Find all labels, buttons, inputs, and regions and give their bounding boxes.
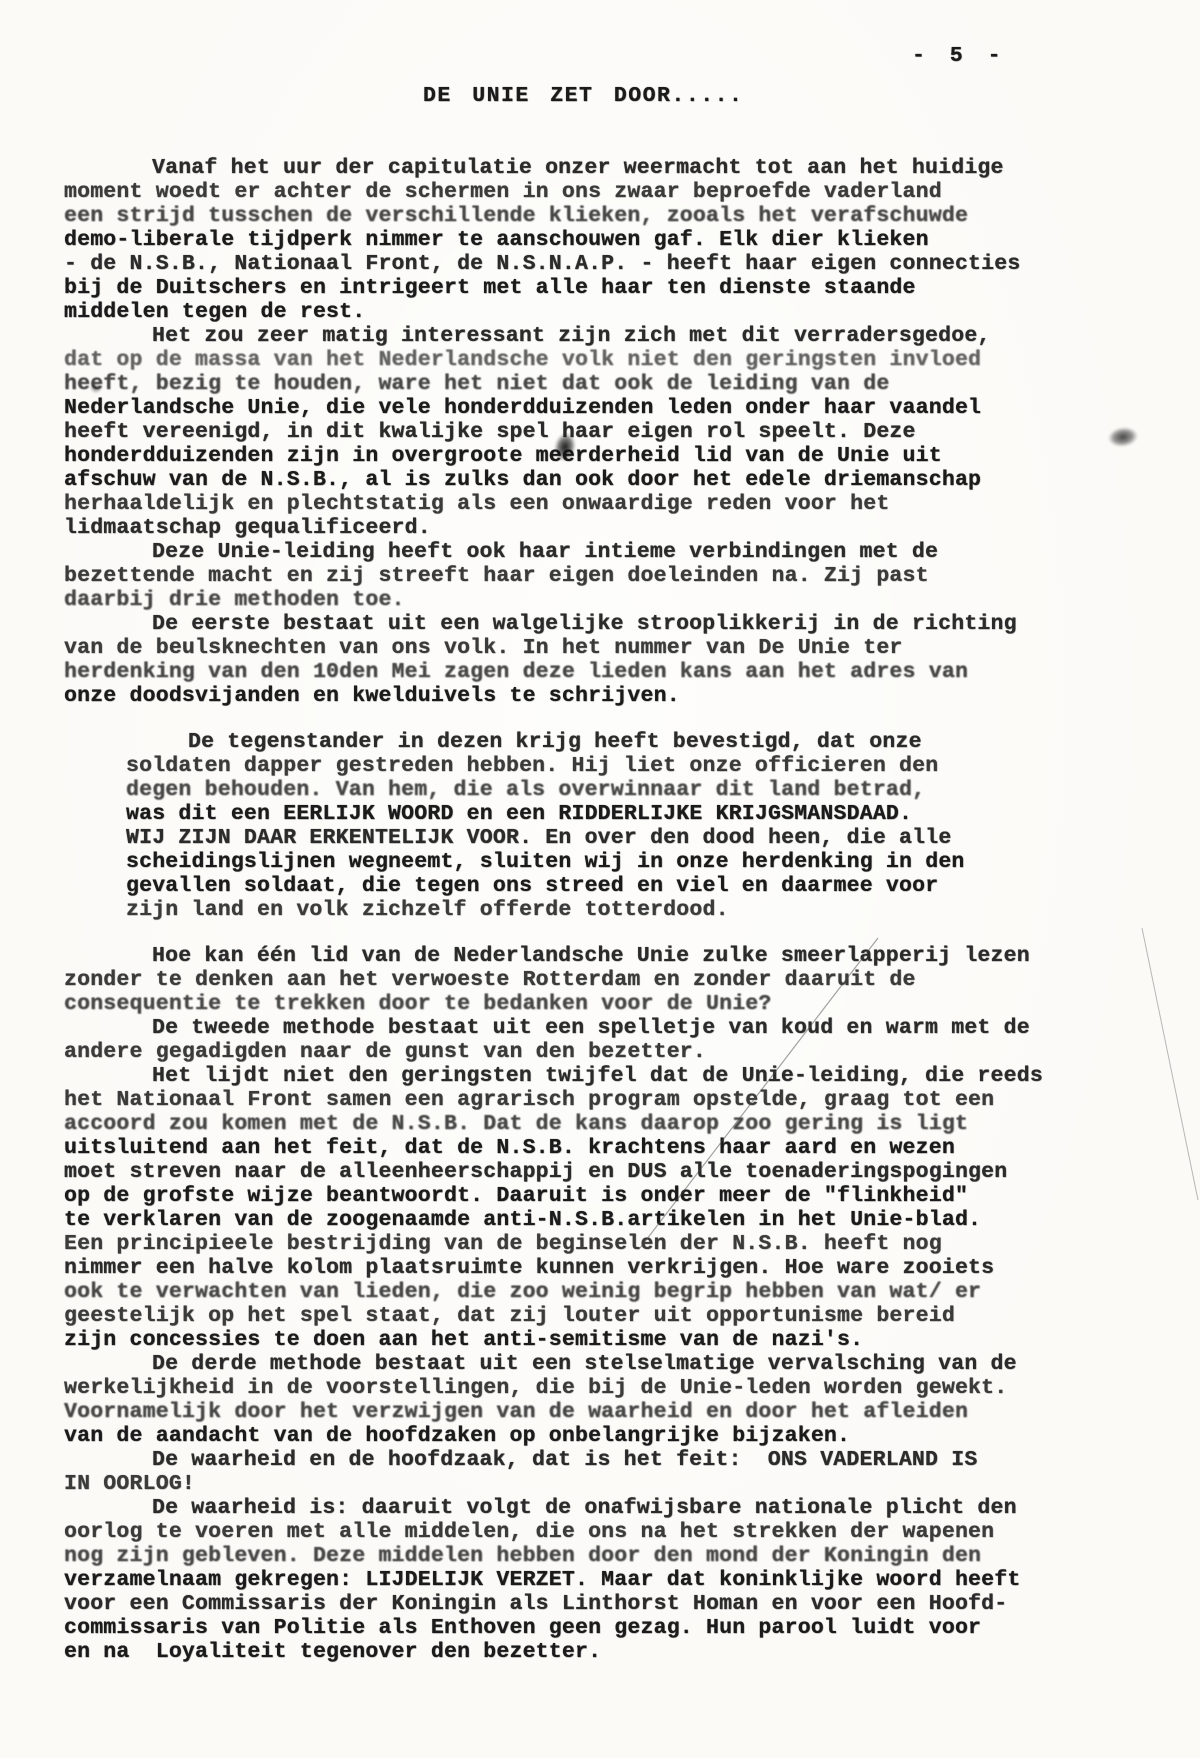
text-line: bezettende macht en zij streeft haar eig… bbox=[64, 564, 1160, 588]
text-line: De tweede methode bestaat uit een spelle… bbox=[64, 1016, 1160, 1040]
text-line: andere gegadigden naar de gunst van den … bbox=[64, 1040, 1160, 1064]
block-quote: De tegenstander in dezen krijg heeft bev… bbox=[126, 730, 1040, 922]
paragraph: Het zou zeer matig interessant zijn zich… bbox=[64, 324, 1160, 540]
text-line: Hoe kan één lid van de Nederlandsche Uni… bbox=[64, 944, 1160, 968]
text-line: soldaten dapper gestreden hebben. Hij li… bbox=[126, 754, 1040, 778]
paragraph: Vanaf het uur der capitulatie onzer weer… bbox=[64, 156, 1160, 324]
text-line: zijn concessies te doen aan het anti-sem… bbox=[64, 1328, 1160, 1352]
paragraph: De derde methode bestaat uit een stelsel… bbox=[64, 1352, 1160, 1448]
paragraph: Deze Unie-leiding heeft ook haar intieme… bbox=[64, 540, 1160, 612]
text-line: gevallen soldaat, die tegen ons streed e… bbox=[126, 874, 1040, 898]
text-line: De tegenstander in dezen krijg heeft bev… bbox=[126, 730, 1040, 754]
text-line: was dit een EERLIJK WOORD en een RIDDERL… bbox=[126, 802, 1040, 826]
text-line: geestelijk op het spel staat, dat zij lo… bbox=[64, 1304, 1160, 1328]
text-line: bij de Duitschers en intrigeert met alle… bbox=[64, 276, 1160, 300]
text-line: Het zou zeer matig interessant zijn zich… bbox=[64, 324, 1160, 348]
text-line: en na Loyaliteit tegenover den bezetter. bbox=[64, 1640, 1160, 1664]
text-line: daarbij drie methoden toe. bbox=[64, 588, 1160, 612]
text-line: Nederlandsche Unie, die vele honderdduiz… bbox=[64, 396, 1160, 420]
text-line: De derde methode bestaat uit een stelsel… bbox=[64, 1352, 1160, 1376]
text-line: herdenking van den 10den Mei zagen deze … bbox=[64, 660, 1160, 684]
text-line: Een principieele bestrijding van de begi… bbox=[64, 1232, 1160, 1256]
text-line: Het lijdt niet den geringsten twijfel da… bbox=[64, 1064, 1160, 1088]
text-line: commissaris van Politie als Enthoven gee… bbox=[64, 1616, 1160, 1640]
text-line: demo-liberale tijdperk nimmer te aanscho… bbox=[64, 228, 1160, 252]
text-line: heeft, bezig te houden, ware het niet da… bbox=[64, 372, 1160, 396]
text-line: - de N.S.B., Nationaal Front, de N.S.N.A… bbox=[64, 252, 1160, 276]
document-body: Vanaf het uur der capitulatie onzer weer… bbox=[64, 156, 1160, 1664]
text-line: zonder te denken aan het verwoeste Rotte… bbox=[64, 968, 1160, 992]
document-title: DE UNIE ZET DOOR..... bbox=[423, 84, 1160, 108]
text-line: nimmer een halve kolom plaatsruimte kunn… bbox=[64, 1256, 1160, 1280]
paragraph: De tweede methode bestaat uit een spelle… bbox=[64, 1016, 1160, 1064]
text-line: De waarheid is: daaruit volgt de onafwij… bbox=[64, 1496, 1160, 1520]
text-line: nog zijn gebleven. Deze middelen hebben … bbox=[64, 1544, 1160, 1568]
text-line: werkelijkheid in de voorstellingen, die … bbox=[64, 1376, 1160, 1400]
text-line: van de aandacht van de hoofdzaken op onb… bbox=[64, 1424, 1160, 1448]
text-line: De waarheid en de hoofdzaak, dat is het … bbox=[64, 1448, 1160, 1472]
text-line: honderdduizenden zijn in overgroote meer… bbox=[64, 444, 1160, 468]
paragraph: De waarheid is: daaruit volgt de onafwij… bbox=[64, 1496, 1160, 1664]
text-line: middelen tegen de rest. bbox=[64, 300, 1160, 324]
text-line: het Nationaal Front samen een agrarisch … bbox=[64, 1088, 1160, 1112]
text-line: op de grofste wijze beantwoordt. Daaruit… bbox=[64, 1184, 1160, 1208]
text-line: Voornamelijk door het verzwijgen van de … bbox=[64, 1400, 1160, 1424]
text-line: Deze Unie-leiding heeft ook haar intieme… bbox=[64, 540, 1160, 564]
text-line: verzamelnaam gekregen: LIJDELIJK VERZET.… bbox=[64, 1568, 1160, 1592]
typewritten-text-layer: DE UNIE ZET DOOR..... Vanaf het uur der … bbox=[64, 0, 1160, 1664]
text-line: ook te verwachten van lieden, die zoo we… bbox=[64, 1280, 1160, 1304]
text-line: dat op de massa van het Nederlandsche vo… bbox=[64, 348, 1160, 372]
text-line: voor een Commissaris der Koningin als Li… bbox=[64, 1592, 1160, 1616]
text-line: moment woedt er achter de schermen in on… bbox=[64, 180, 1160, 204]
paragraph: Het lijdt niet den geringsten twijfel da… bbox=[64, 1064, 1160, 1352]
text-line: accoord zou komen met de N.S.B. Dat de k… bbox=[64, 1112, 1160, 1136]
document-page: - 5 - DE UNIE ZET DOOR..... Vanaf het uu… bbox=[0, 0, 1200, 1758]
text-line: scheidingslijnen wegneemt, sluiten wij i… bbox=[126, 850, 1040, 874]
paragraph: De waarheid en de hoofdzaak, dat is het … bbox=[64, 1448, 1160, 1496]
text-line: WIJ ZIJN DAAR ERKENTELIJK VOOR. En over … bbox=[126, 826, 1040, 850]
text-line: zijn land en volk zichzelf offerde totte… bbox=[126, 898, 1040, 922]
text-line: degen behouden. Van hem, die als overwin… bbox=[126, 778, 1040, 802]
text-line: consequentie te trekken door te bedanken… bbox=[64, 992, 1160, 1016]
text-line: een strijd tusschen de verschillende kli… bbox=[64, 204, 1160, 228]
text-line: heeft vereenigd, in dit kwalijke spel ha… bbox=[64, 420, 1160, 444]
text-line: moet streven naar de alleenheerschappij … bbox=[64, 1160, 1160, 1184]
paragraph: De eerste bestaat uit een walgelijke str… bbox=[64, 612, 1160, 708]
paragraph: Hoe kan één lid van de Nederlandsche Uni… bbox=[64, 944, 1160, 1016]
text-line: van de beulsknechten van ons volk. In he… bbox=[64, 636, 1160, 660]
text-line: afschuw van de N.S.B., al is zulks dan o… bbox=[64, 468, 1160, 492]
text-line: De eerste bestaat uit een walgelijke str… bbox=[64, 612, 1160, 636]
text-line: oorlog te voeren met alle middelen, die … bbox=[64, 1520, 1160, 1544]
text-line: Vanaf het uur der capitulatie onzer weer… bbox=[64, 156, 1160, 180]
text-line: uitsluitend aan het feit, dat de N.S.B. … bbox=[64, 1136, 1160, 1160]
text-line: onze doodsvijanden en kwelduivels te sch… bbox=[64, 684, 1160, 708]
text-line: lidmaatschap gequalificeerd. bbox=[64, 516, 1160, 540]
text-line: te verklaren van de zoogenaamde anti-N.S… bbox=[64, 1208, 1160, 1232]
text-line: herhaaldelijk en plechtstatig als een on… bbox=[64, 492, 1160, 516]
text-line: IN OORLOG! bbox=[64, 1472, 1160, 1496]
